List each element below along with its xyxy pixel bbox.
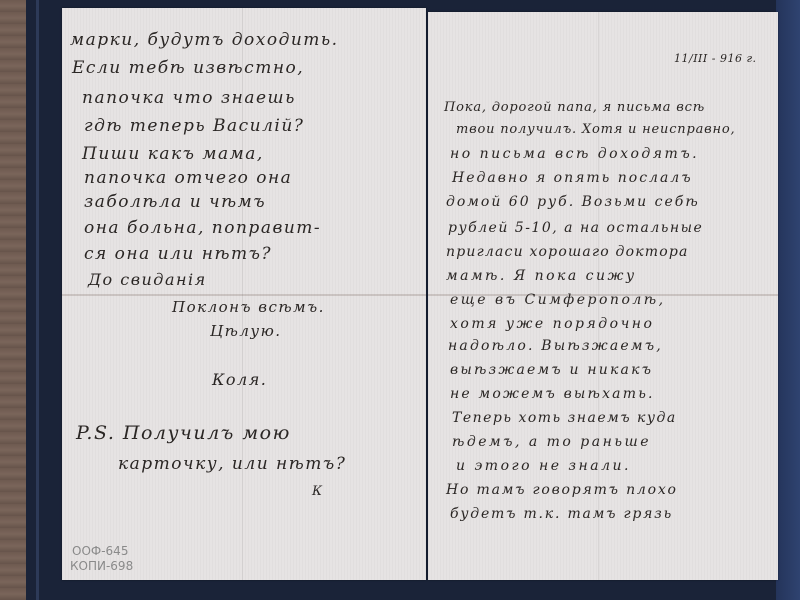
handwritten-line: гдѣ теперь Василій? — [84, 116, 304, 136]
letter-date: 11/III - 916 г. — [674, 52, 757, 65]
archive-mark: ООФ-645 — [72, 544, 128, 558]
handwritten-line: ѣдемъ, а то раньше — [452, 434, 651, 450]
archive-mark: КОПИ-698 — [70, 559, 133, 573]
handwritten-line: пригласи хорошаго доктора — [446, 244, 689, 260]
handwritten-line: хотя уже порядочно — [450, 316, 654, 332]
handwritten-line: мамѣ. Я пока сижу — [446, 268, 637, 284]
closing-line: Поклонъ всѣмъ. — [172, 298, 325, 316]
handwritten-line: Если тебѣ извѣстно, — [72, 58, 304, 78]
signature: Коля. — [212, 370, 267, 389]
handwritten-line: Теперь хоть знаемъ куда — [452, 410, 677, 426]
handwritten-line: заболѣла и чѣмъ — [84, 192, 266, 212]
wooden-surface — [0, 0, 26, 600]
handwritten-line: Недавно я опять послалъ — [452, 170, 693, 186]
postscript-initial: К — [312, 484, 324, 499]
handwritten-line: твои получилъ. Хотя и неисправно, — [456, 122, 735, 137]
handwritten-line: домой 60 руб. Возьми себѣ — [446, 194, 700, 210]
handwritten-line: не можемъ выѣхать. — [450, 386, 655, 402]
letter-page-right: 11/III - 916 г. Пока, дорогой папа, я пи… — [428, 12, 778, 580]
postscript-line: P.S. Получилъ мою — [76, 422, 291, 444]
handwritten-line: но письма всѣ доходятъ. — [450, 146, 699, 162]
handwritten-line: она больна, поправит- — [84, 218, 321, 238]
handwritten-line: марки, будутъ доходить. — [70, 30, 339, 50]
handwritten-line: Пиши какъ мама, — [82, 144, 264, 164]
letter-page-left: марки, будутъ доходить. Если тебѣ извѣст… — [62, 8, 426, 580]
binder-right-edge — [776, 0, 800, 600]
binder-edge — [36, 0, 39, 600]
handwritten-line: выѣзжаемъ и никакъ — [450, 362, 653, 378]
paper-fold — [62, 294, 426, 296]
handwritten-line: еще въ Симферополѣ, — [450, 292, 666, 308]
handwritten-line: и этого не знали. — [456, 458, 631, 474]
handwritten-line: будетъ т.к. тамъ грязь — [450, 506, 673, 522]
postscript-line: карточку, или нѣтъ? — [118, 454, 346, 474]
handwritten-line: До свиданія — [88, 270, 207, 289]
handwritten-line: рублей 5-10, а на остальные — [448, 220, 703, 236]
handwritten-line: папочка что знаешь — [82, 88, 296, 108]
handwritten-line: ся она или нѣтъ? — [84, 244, 272, 264]
handwritten-line: Но тамъ говорятъ плохо — [446, 482, 678, 498]
handwritten-line: папочка отчего она — [84, 168, 292, 188]
handwritten-line: надоѣло. Выѣзжаемъ, — [448, 338, 663, 354]
closing-line: Цѣлую. — [210, 322, 282, 340]
handwritten-line: Пока, дорогой папа, я письма всѣ — [444, 100, 705, 115]
